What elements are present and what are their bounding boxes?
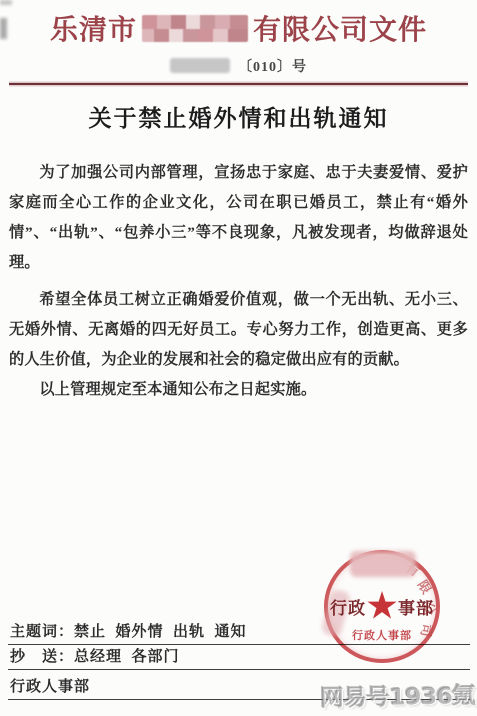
stamp-redaction-blur — [350, 551, 416, 577]
letterhead-suffix: 有限公司文件 — [253, 15, 427, 46]
redacted-company-name — [142, 15, 248, 42]
document-letterhead: 乐清市有限公司文件 — [9, 0, 468, 47]
scan-artifact-smudge — [0, 0, 12, 5]
stamp-center-text-right: 事部 — [398, 594, 434, 619]
scan-artifact-smudge — [0, 18, 7, 39]
letterhead-prefix: 乐清市 — [50, 15, 137, 46]
body-paragraph-2: 希望全体员工树立正确婚爱价值观，做一个无出轨、无小三、无婚外情、无离婚的四无好员… — [9, 285, 468, 375]
redacted-doc-number-prefix — [170, 58, 230, 73]
site-watermark: 网易号1936氪 — [320, 677, 475, 713]
document-content: 乐清市有限公司文件 〔010〕号 关于禁止婚外情和出轨通知 为了加强公司内部管理… — [0, 0, 477, 405]
official-red-stamp: 有 限 公 司 ★ 行政 事部 行政人事部 — [324, 550, 440, 663]
body-paragraph-3: 以上管理规定至本通知公布之日起实施。 — [9, 375, 468, 405]
stamp-center-text-left: 行政 — [330, 594, 366, 619]
letterhead-divider-line — [9, 83, 468, 85]
document-title: 关于禁止婚外情和出轨通知 — [9, 104, 468, 134]
body-paragraph-1: 为了加强公司内部管理，宣扬忠于家庭、忠于夫妻爱情、爱护家庭而全心工作的企业文化，… — [9, 158, 468, 278]
doc-number-text: 〔010〕号 — [238, 60, 307, 75]
scanned-notice-document: 乐清市有限公司文件 〔010〕号 关于禁止婚外情和出轨通知 为了加强公司内部管理… — [0, 0, 477, 716]
stamp-department-text: 行政人事部 — [324, 627, 440, 643]
document-number-row: 〔010〕号 — [9, 56, 468, 76]
stamp-star-icon: ★ — [365, 586, 399, 624]
